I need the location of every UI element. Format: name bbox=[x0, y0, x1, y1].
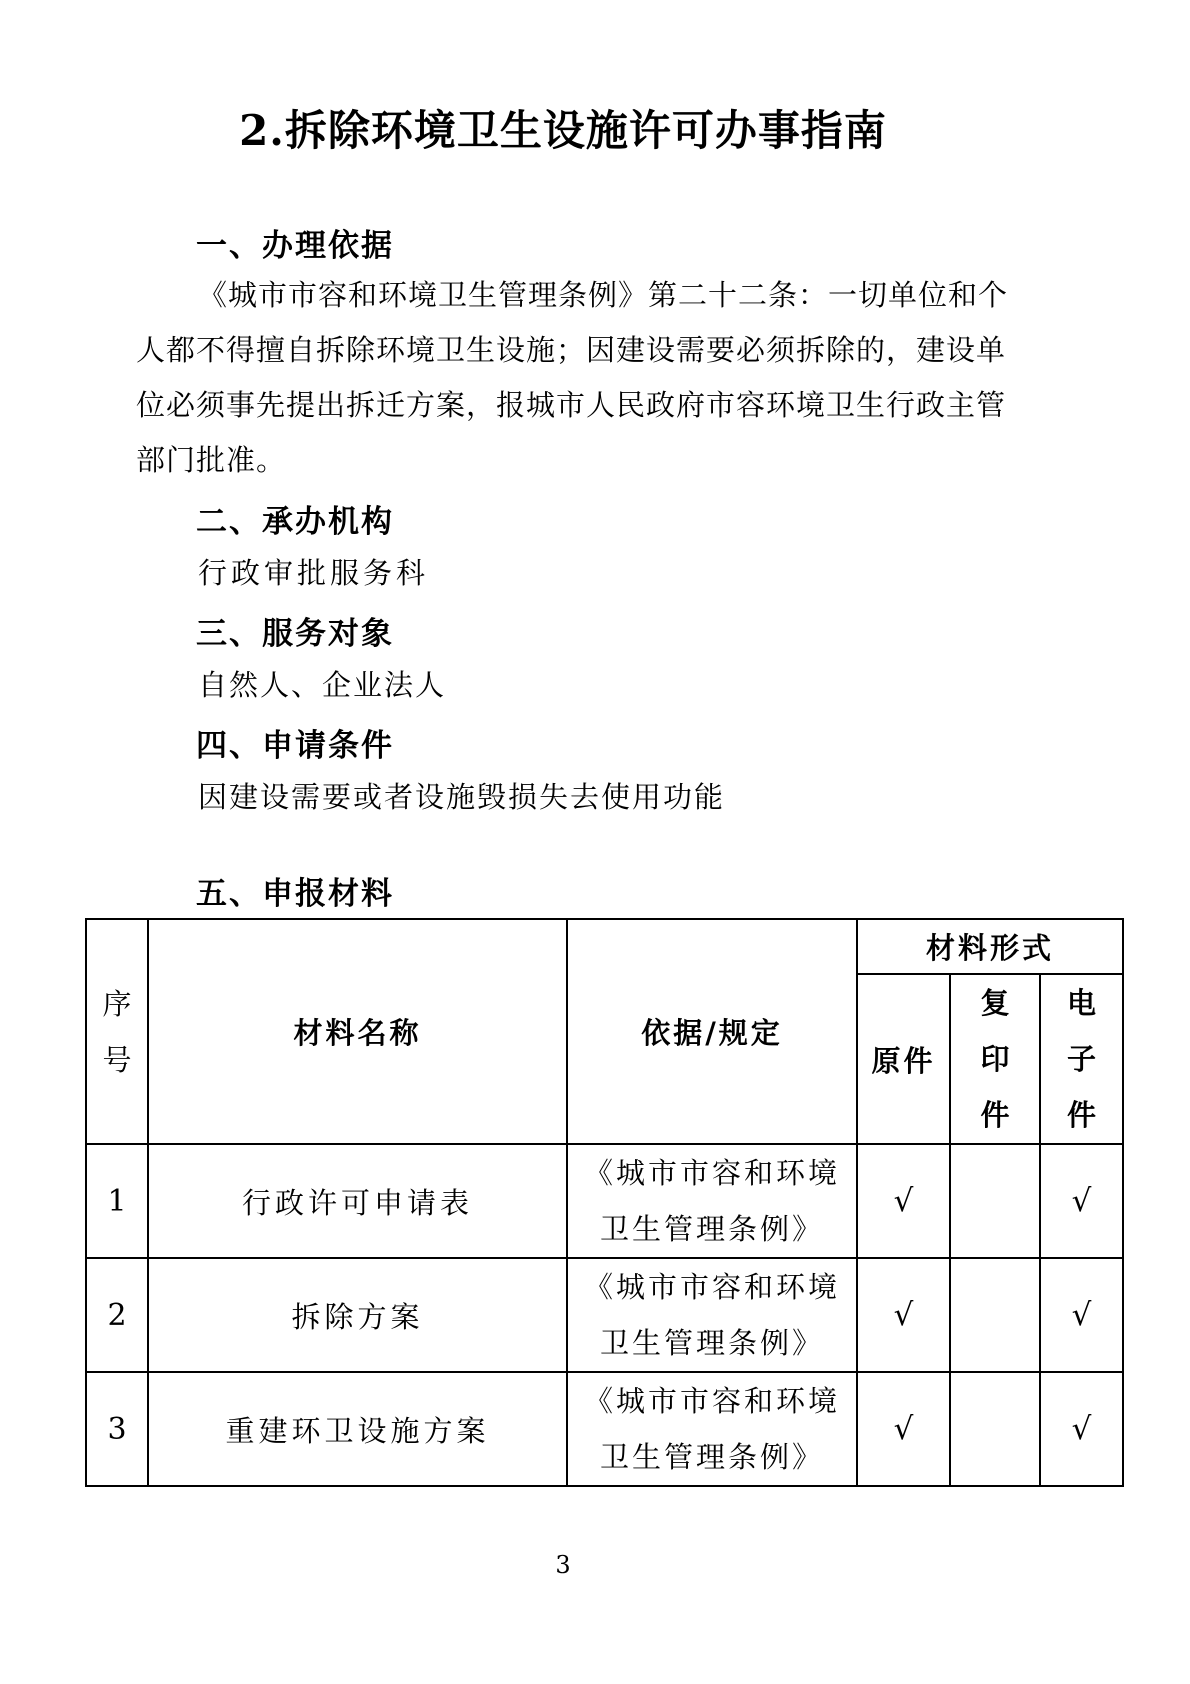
header-seq: 序号 bbox=[86, 919, 148, 1144]
header-name: 材料名称 bbox=[148, 919, 567, 1144]
header-original: 原件 bbox=[857, 974, 950, 1144]
header-electronic: 电子件 bbox=[1040, 974, 1123, 1144]
row-original-check: √ bbox=[857, 1144, 950, 1258]
row-material-name: 重建环卫设施方案 bbox=[148, 1372, 567, 1486]
section-heading-materials: 五、申报材料 bbox=[196, 872, 394, 916]
header-seq-label: 序号 bbox=[101, 976, 133, 1088]
section-body-audience: 自然人、企业法人 bbox=[136, 658, 1066, 713]
section-body-basis: 《城市市容和环境卫生管理条例》第二十二条：一切单位和个 人都不得擅自拆除环境卫生… bbox=[136, 268, 1066, 488]
row-original-check: √ bbox=[857, 1258, 950, 1372]
row-copy-check bbox=[950, 1144, 1040, 1258]
materials-table: 序号 材料名称 依据/规定 材料形式 原件 复印件 电子件 1 行政许可申请表 … bbox=[85, 918, 1124, 1487]
section-heading-conditions: 四、申请条件 bbox=[196, 724, 394, 768]
row-copy-check bbox=[950, 1372, 1040, 1486]
section-body-conditions: 因建设需要或者设施毁损失去使用功能 bbox=[136, 770, 1066, 825]
row-material-name: 行政许可申请表 bbox=[148, 1144, 567, 1258]
header-copy: 复印件 bbox=[950, 974, 1040, 1144]
table-row: 2 拆除方案 《城市市容和环境 卫生管理条例》 √ √ bbox=[86, 1258, 1123, 1372]
table-row: 3 重建环卫设施方案 《城市市容和环境 卫生管理条例》 √ √ bbox=[86, 1372, 1123, 1486]
row-seq: 2 bbox=[86, 1258, 148, 1372]
row-original-check: √ bbox=[857, 1372, 950, 1486]
page-number: 3 bbox=[136, 1550, 990, 1580]
row-material-name: 拆除方案 bbox=[148, 1258, 567, 1372]
document-page: 2.拆除环境卫生设施许可办事指南 一、办理依据 《城市市容和环境卫生管理条例》第… bbox=[0, 0, 1190, 1684]
row-electronic-check: √ bbox=[1040, 1144, 1123, 1258]
row-seq: 1 bbox=[86, 1144, 148, 1258]
row-basis: 《城市市容和环境 卫生管理条例》 bbox=[567, 1144, 857, 1258]
row-electronic-check: √ bbox=[1040, 1372, 1123, 1486]
row-electronic-check: √ bbox=[1040, 1258, 1123, 1372]
section-heading-agency: 二、承办机构 bbox=[196, 500, 394, 544]
header-copy-label: 复印件 bbox=[979, 975, 1011, 1143]
header-electronic-label: 电子件 bbox=[1066, 975, 1098, 1143]
table-header-row-top: 序号 材料名称 依据/规定 材料形式 bbox=[86, 919, 1123, 974]
section-heading-basis: 一、办理依据 bbox=[196, 224, 394, 268]
row-seq: 3 bbox=[86, 1372, 148, 1486]
section-heading-audience: 三、服务对象 bbox=[196, 612, 394, 656]
page-title: 2.拆除环境卫生设施许可办事指南 bbox=[136, 100, 990, 162]
header-basis: 依据/规定 bbox=[567, 919, 857, 1144]
row-copy-check bbox=[950, 1258, 1040, 1372]
header-form-group: 材料形式 bbox=[857, 919, 1123, 974]
row-basis: 《城市市容和环境 卫生管理条例》 bbox=[567, 1372, 857, 1486]
section-body-agency: 行政审批服务科 bbox=[136, 546, 1066, 601]
row-basis: 《城市市容和环境 卫生管理条例》 bbox=[567, 1258, 857, 1372]
table-row: 1 行政许可申请表 《城市市容和环境 卫生管理条例》 √ √ bbox=[86, 1144, 1123, 1258]
